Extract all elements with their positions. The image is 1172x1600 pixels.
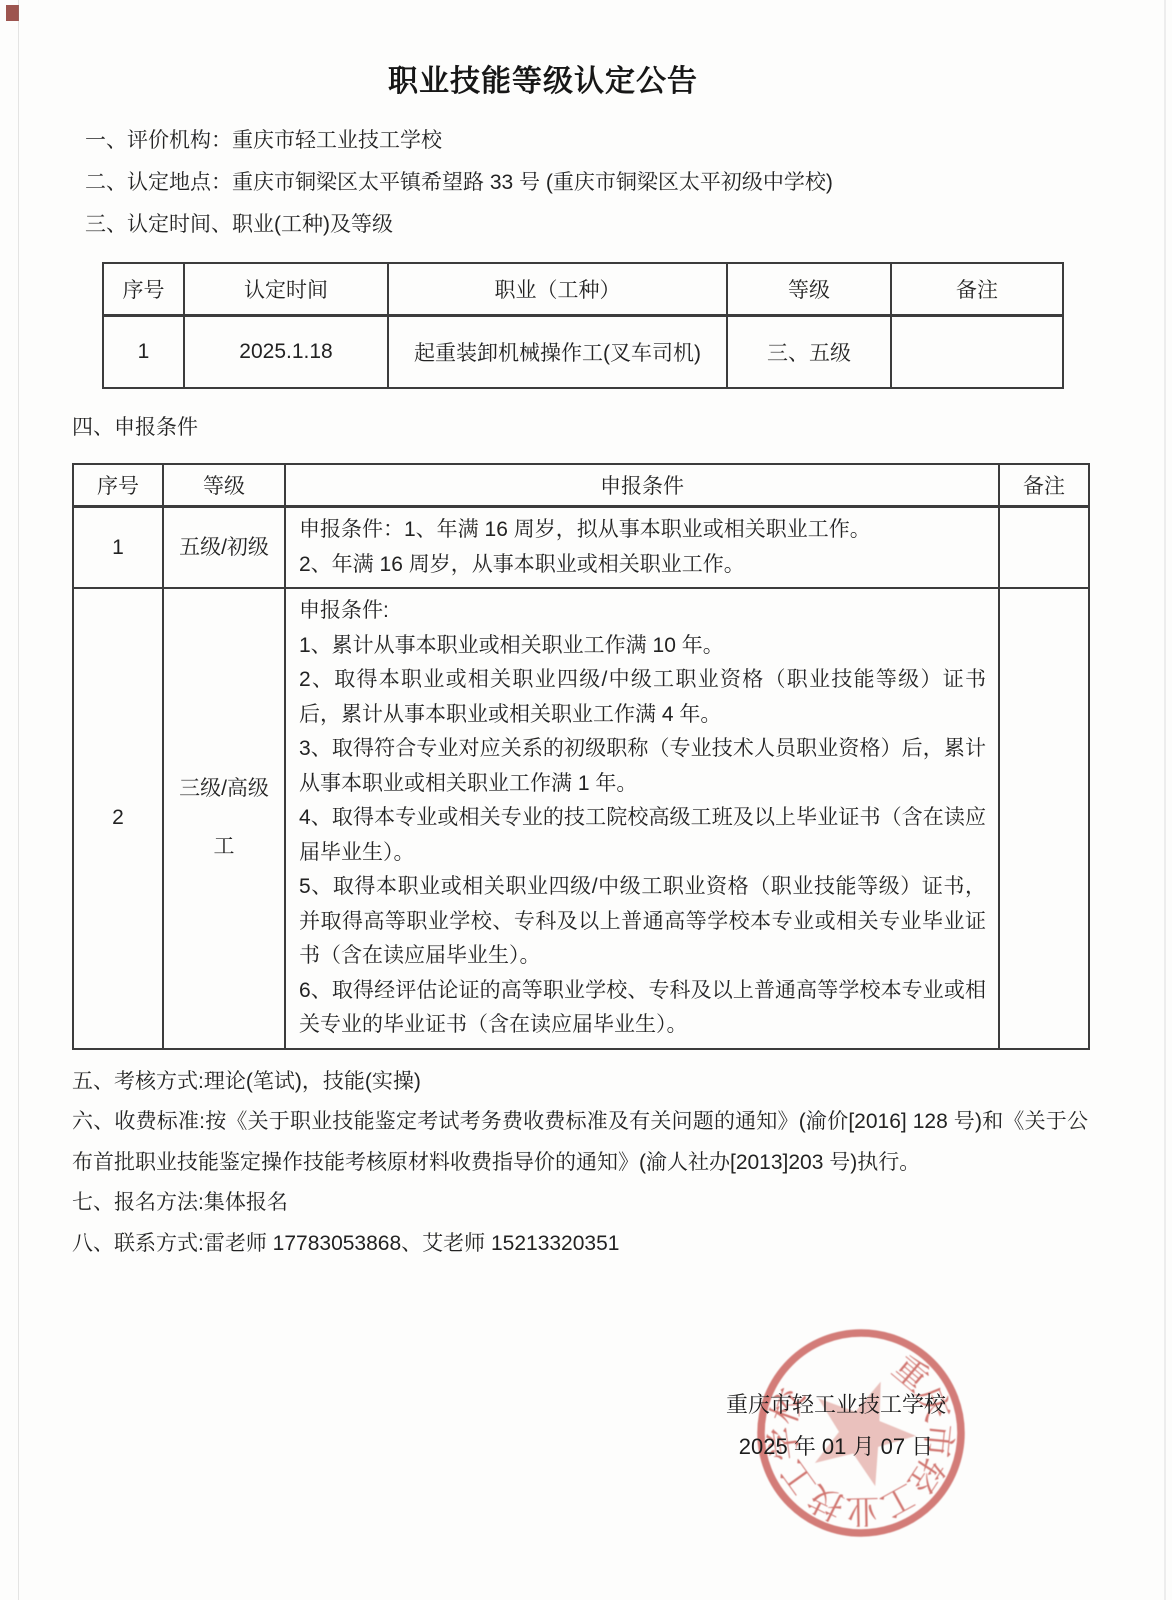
condition-paragraph: 1、累计从事本职业或相关职业工作满 10 年。 — [299, 629, 986, 664]
conditions-cell-text-1: 申报条件：1、年满 16 周岁，拟从事本职业或相关职业工作。 2、年满 16 周… — [285, 507, 999, 589]
tail-item-7: 七、报名方法:集体报名 — [72, 1183, 1088, 1224]
condition-paragraph: 申报条件：1、年满 16 周岁，拟从事本职业或相关职业工作。 — [299, 513, 986, 548]
conditions-cell-no-1: 1 — [73, 507, 163, 589]
tail-item-5: 五、考核方式:理论(笔试)，技能(实操) — [72, 1062, 1088, 1103]
condition-paragraph: 3、取得符合专业对应关系的初级职称（专业技术人员职业资格）后，累计从事本职业或相… — [299, 732, 986, 801]
conditions-cell-no-2: 2 — [73, 588, 163, 1049]
intro-list: 一、评价机构：重庆市轻工业技工学校 二、认定地点：重庆市铜梁区太平镇希望路 33… — [72, 120, 1088, 246]
conditions-cell-note-2 — [999, 588, 1089, 1049]
condition-paragraph: 2、取得本职业或相关职业四级/中级工职业资格（职业技能等级）证书后，累计从事本职… — [299, 663, 986, 732]
schedule-header-date: 认定时间 — [184, 263, 388, 316]
conditions-header-level: 等级 — [163, 464, 285, 507]
conditions-cell-note-1 — [999, 507, 1089, 589]
schedule-header-occupation: 职业（工种） — [388, 263, 727, 316]
conditions-row-1: 1 五级/初级 申报条件：1、年满 16 周岁，拟从事本职业或相关职业工作。 2… — [73, 507, 1089, 589]
condition-paragraph: 4、取得本专业或相关专业的技工院校高级工班及以上毕业证书（含在读应届毕业生）。 — [299, 801, 986, 870]
document-page: 职业技能等级认定公告 一、评价机构：重庆市轻工业技工学校 二、认定地点：重庆市铜… — [0, 0, 1172, 1600]
level-line: 三级/高级 — [164, 770, 284, 808]
section4-heading: 四、申报条件 — [72, 407, 1088, 449]
schedule-cell-date: 2025.1.18 — [184, 316, 388, 389]
svg-text:业: 业 — [845, 1491, 880, 1530]
conditions-cell-level-1: 五级/初级 — [163, 507, 285, 589]
condition-paragraph: 申报条件: — [299, 594, 986, 629]
condition-paragraph: 2、年满 16 周岁，从事本职业或相关职业工作。 — [299, 548, 986, 583]
condition-paragraph: 6、取得经评估论证的高等职业学校、专科及以上普通高等学校本专业或相关专业的毕业证… — [299, 974, 986, 1043]
level-line: 工 — [164, 828, 284, 866]
conditions-header-row: 序号 等级 申报条件 备注 — [73, 464, 1089, 507]
schedule-cell-level: 三、五级 — [727, 316, 891, 389]
conditions-table: 序号 等级 申报条件 备注 1 五级/初级 申报条件：1、年满 16 周岁，拟从… — [72, 463, 1090, 1050]
schedule-row: 1 2025.1.18 起重装卸机械操作工(叉车司机) 三、五级 — [103, 316, 1063, 389]
schedule-cell-no: 1 — [103, 316, 184, 389]
schedule-header-no: 序号 — [103, 263, 184, 316]
conditions-header-no: 序号 — [73, 464, 163, 507]
conditions-header-note: 备注 — [999, 464, 1089, 507]
conditions-cell-level-2: 三级/高级 工 — [163, 588, 285, 1049]
schedule-header-note: 备注 — [891, 263, 1063, 316]
level-line: 五级/初级 — [164, 529, 284, 567]
intro-item-1: 一、评价机构：重庆市轻工业技工学校 — [72, 120, 1088, 162]
tail-item-6: 六、收费标准:按《关于职业技能鉴定考试考务费收费标准及有关问题的通知》(渝价[2… — [72, 1102, 1088, 1183]
tail-item-8: 八、联系方式:雷老师 17783053868、艾老师 15213320351 — [72, 1224, 1088, 1265]
conditions-row-2: 2 三级/高级 工 申报条件: 1、累计从事本职业或相关职业工作满 10 年。 … — [73, 588, 1089, 1049]
signature-date: 2025 年 01 月 07 日 — [700, 1426, 972, 1468]
conditions-cell-text-2: 申报条件: 1、累计从事本职业或相关职业工作满 10 年。 2、取得本职业或相关… — [285, 588, 999, 1049]
schedule-header-row: 序号 认定时间 职业（工种） 等级 备注 — [103, 263, 1063, 316]
schedule-table: 序号 认定时间 职业（工种） 等级 备注 1 2025.1.18 起重装卸机械操… — [102, 262, 1064, 389]
page-title: 职业技能等级认定公告 — [72, 56, 1014, 100]
schedule-header-level: 等级 — [727, 263, 891, 316]
intro-item-2: 二、认定地点：重庆市铜梁区太平镇希望路 33 号 (重庆市铜梁区太平初级中学校) — [72, 162, 1088, 204]
signature-organization: 重庆市轻工业技工学校 — [700, 1384, 972, 1426]
signature-block: 重庆市轻工业技工学校 2025 年 01 月 07 日 — [700, 1384, 972, 1468]
condition-paragraph: 5、取得本职业或相关职业四级/中级工职业资格（职业技能等级）证书，并取得高等职业… — [299, 870, 986, 974]
conditions-header-conditions: 申报条件 — [285, 464, 999, 507]
schedule-cell-note — [891, 316, 1063, 389]
intro-item-3: 三、认定时间、职业(工种)及等级 — [72, 204, 1088, 246]
tail-list: 五、考核方式:理论(笔试)，技能(实操) 六、收费标准:按《关于职业技能鉴定考试… — [72, 1062, 1088, 1265]
schedule-cell-occupation: 起重装卸机械操作工(叉车司机) — [388, 316, 727, 389]
